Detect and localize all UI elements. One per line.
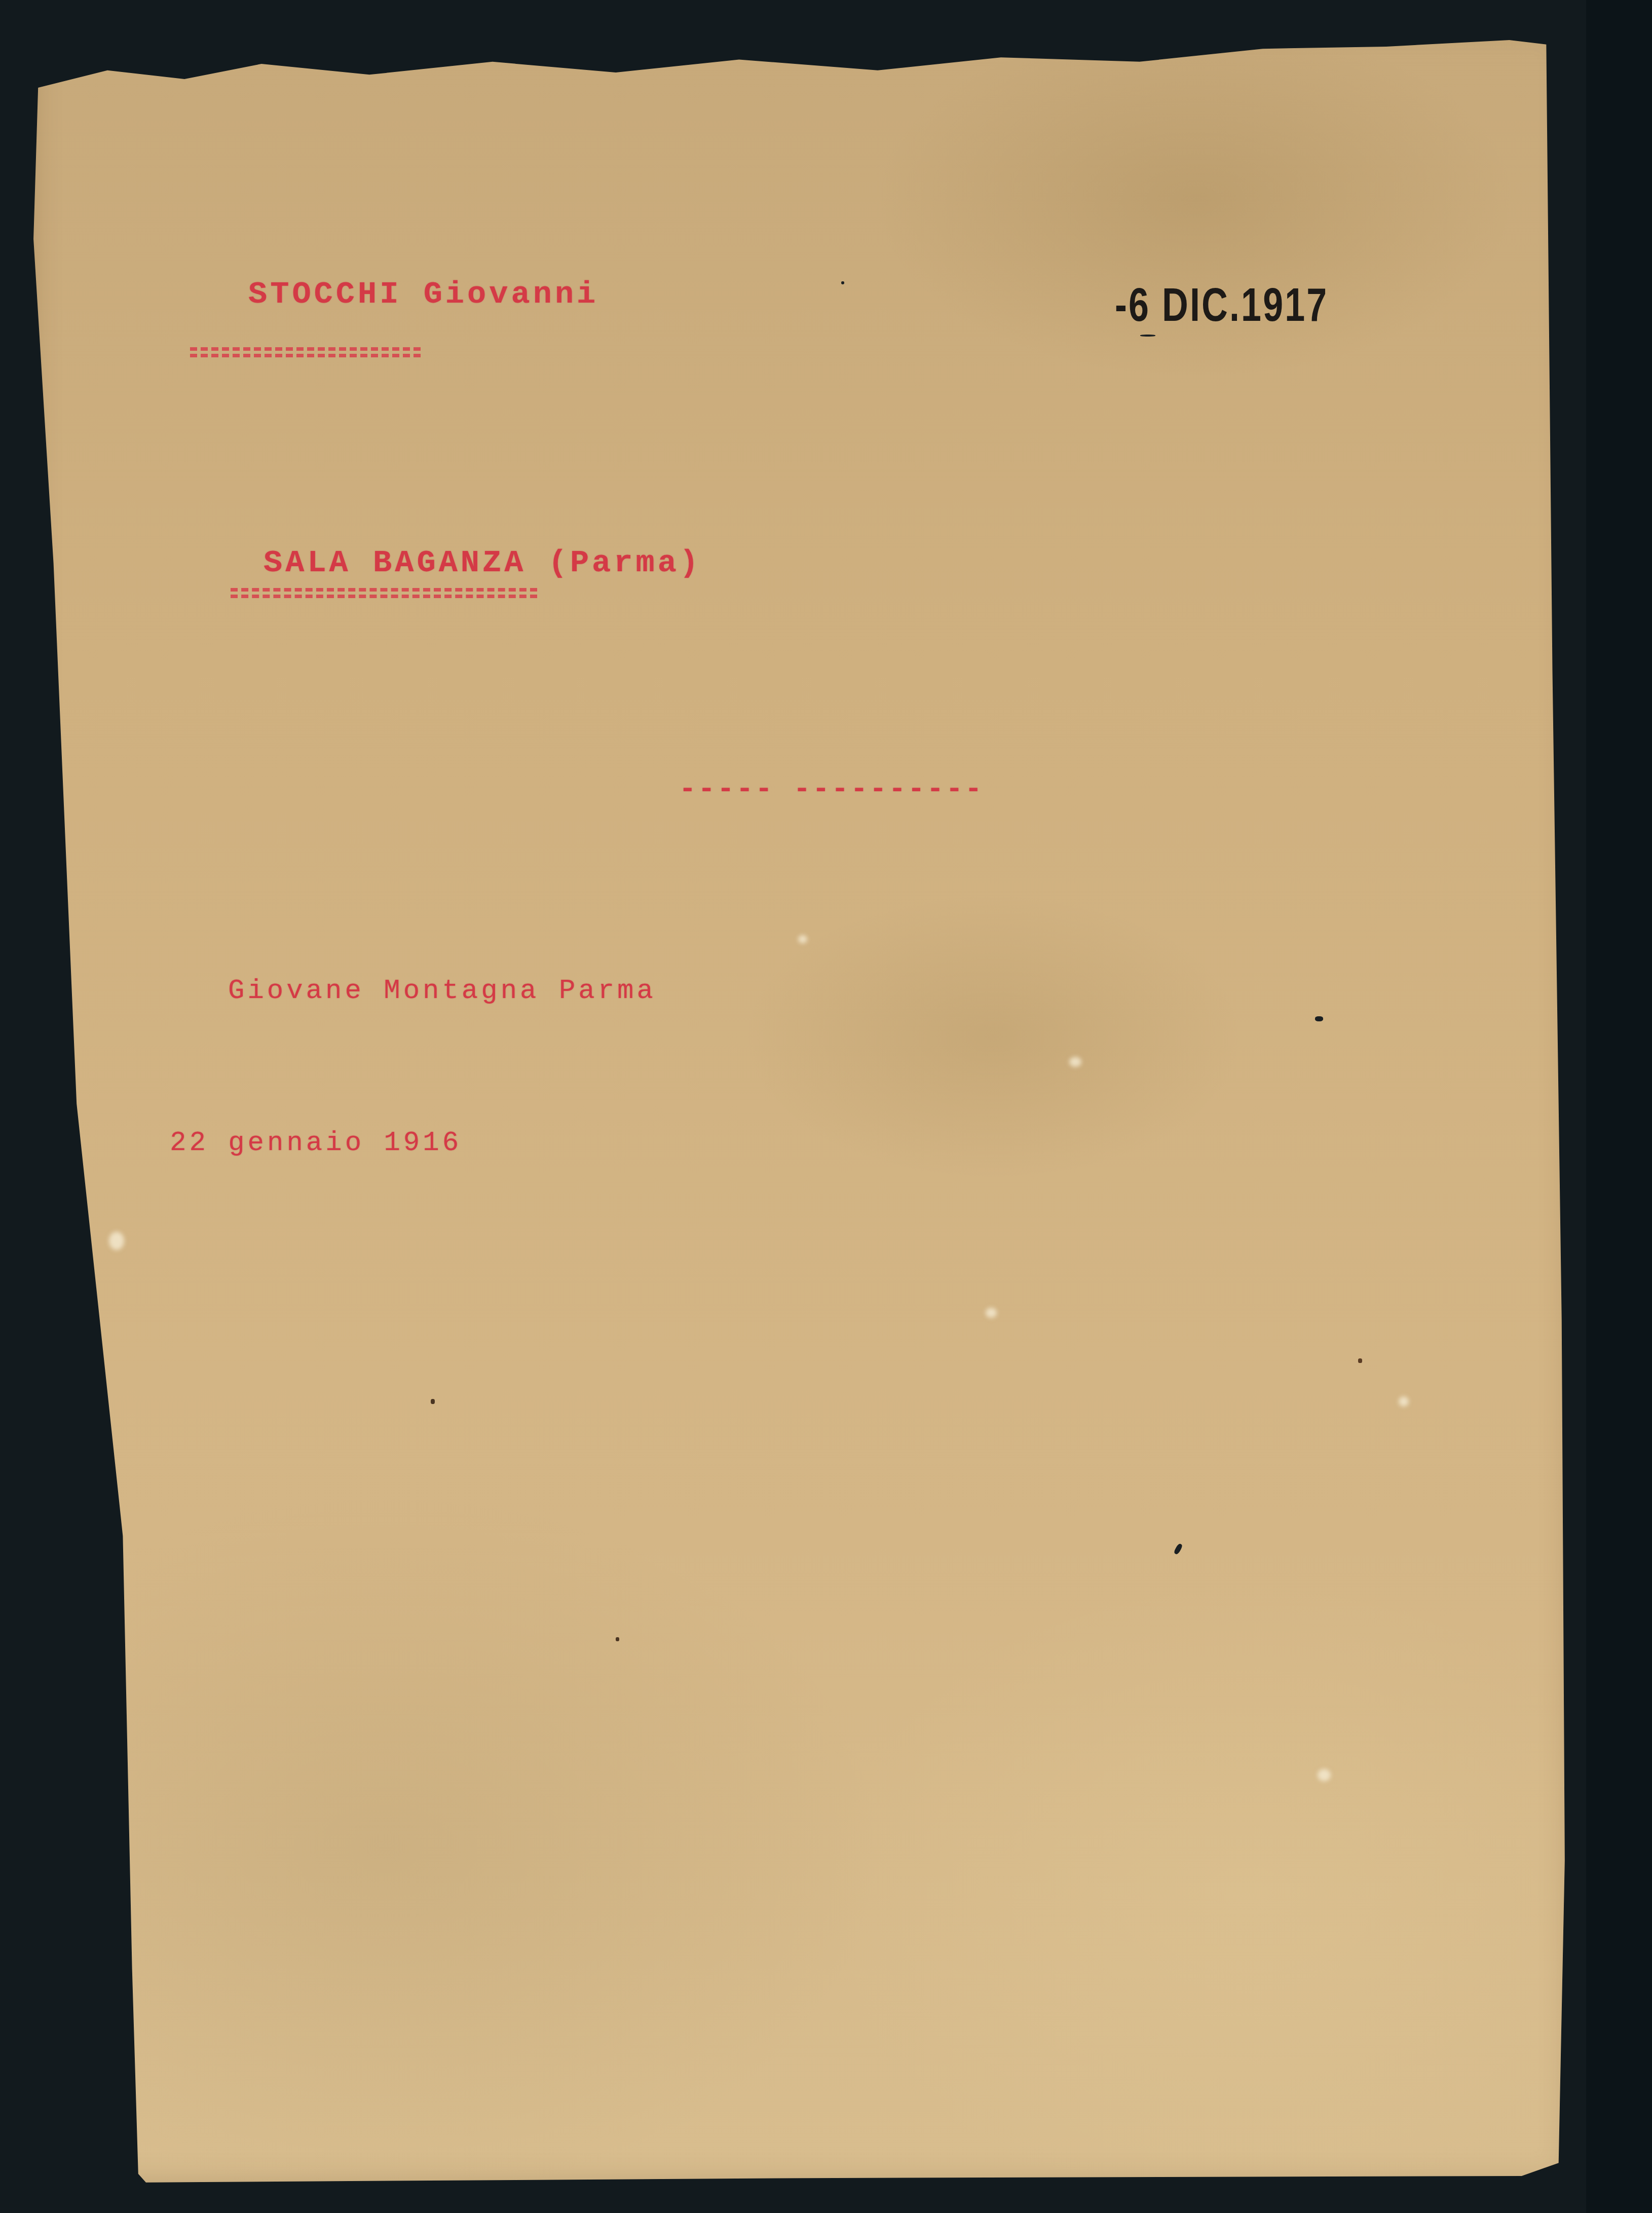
entry-date: 22 gennaio 1916 — [170, 1128, 462, 1159]
paper-blemish — [109, 1232, 124, 1250]
ink-speck — [431, 1399, 435, 1404]
ink-speck — [1315, 1016, 1323, 1021]
date-stamp: -6 DIC.1917 — [1115, 279, 1328, 332]
document-paper: STOCCHI Giovanni -6 DIC.1917 SALA BAGANZ… — [30, 23, 1571, 2185]
ink-speck — [1173, 1543, 1183, 1555]
person-name: STOCCHI Giovanni — [248, 276, 598, 312]
ink-speck — [841, 281, 844, 284]
location-underline — [231, 588, 537, 592]
ink-speck — [616, 1637, 619, 1641]
paper-blemish — [1399, 1396, 1409, 1407]
ink-speck — [1358, 1358, 1362, 1363]
paper-blemish — [986, 1308, 997, 1318]
paper-blemish — [798, 935, 807, 943]
organization: Giovane Montagna Parma — [228, 976, 656, 1007]
ink-speck — [1140, 335, 1155, 337]
scanner-backdrop — [1586, 0, 1652, 2213]
name-underline — [190, 347, 421, 351]
paper-blemish — [1069, 1057, 1081, 1067]
location: SALA BAGANZA (Parma) — [264, 545, 701, 581]
separator-line: ----- ---------- — [679, 773, 984, 805]
paper-blemish — [1318, 1769, 1331, 1781]
